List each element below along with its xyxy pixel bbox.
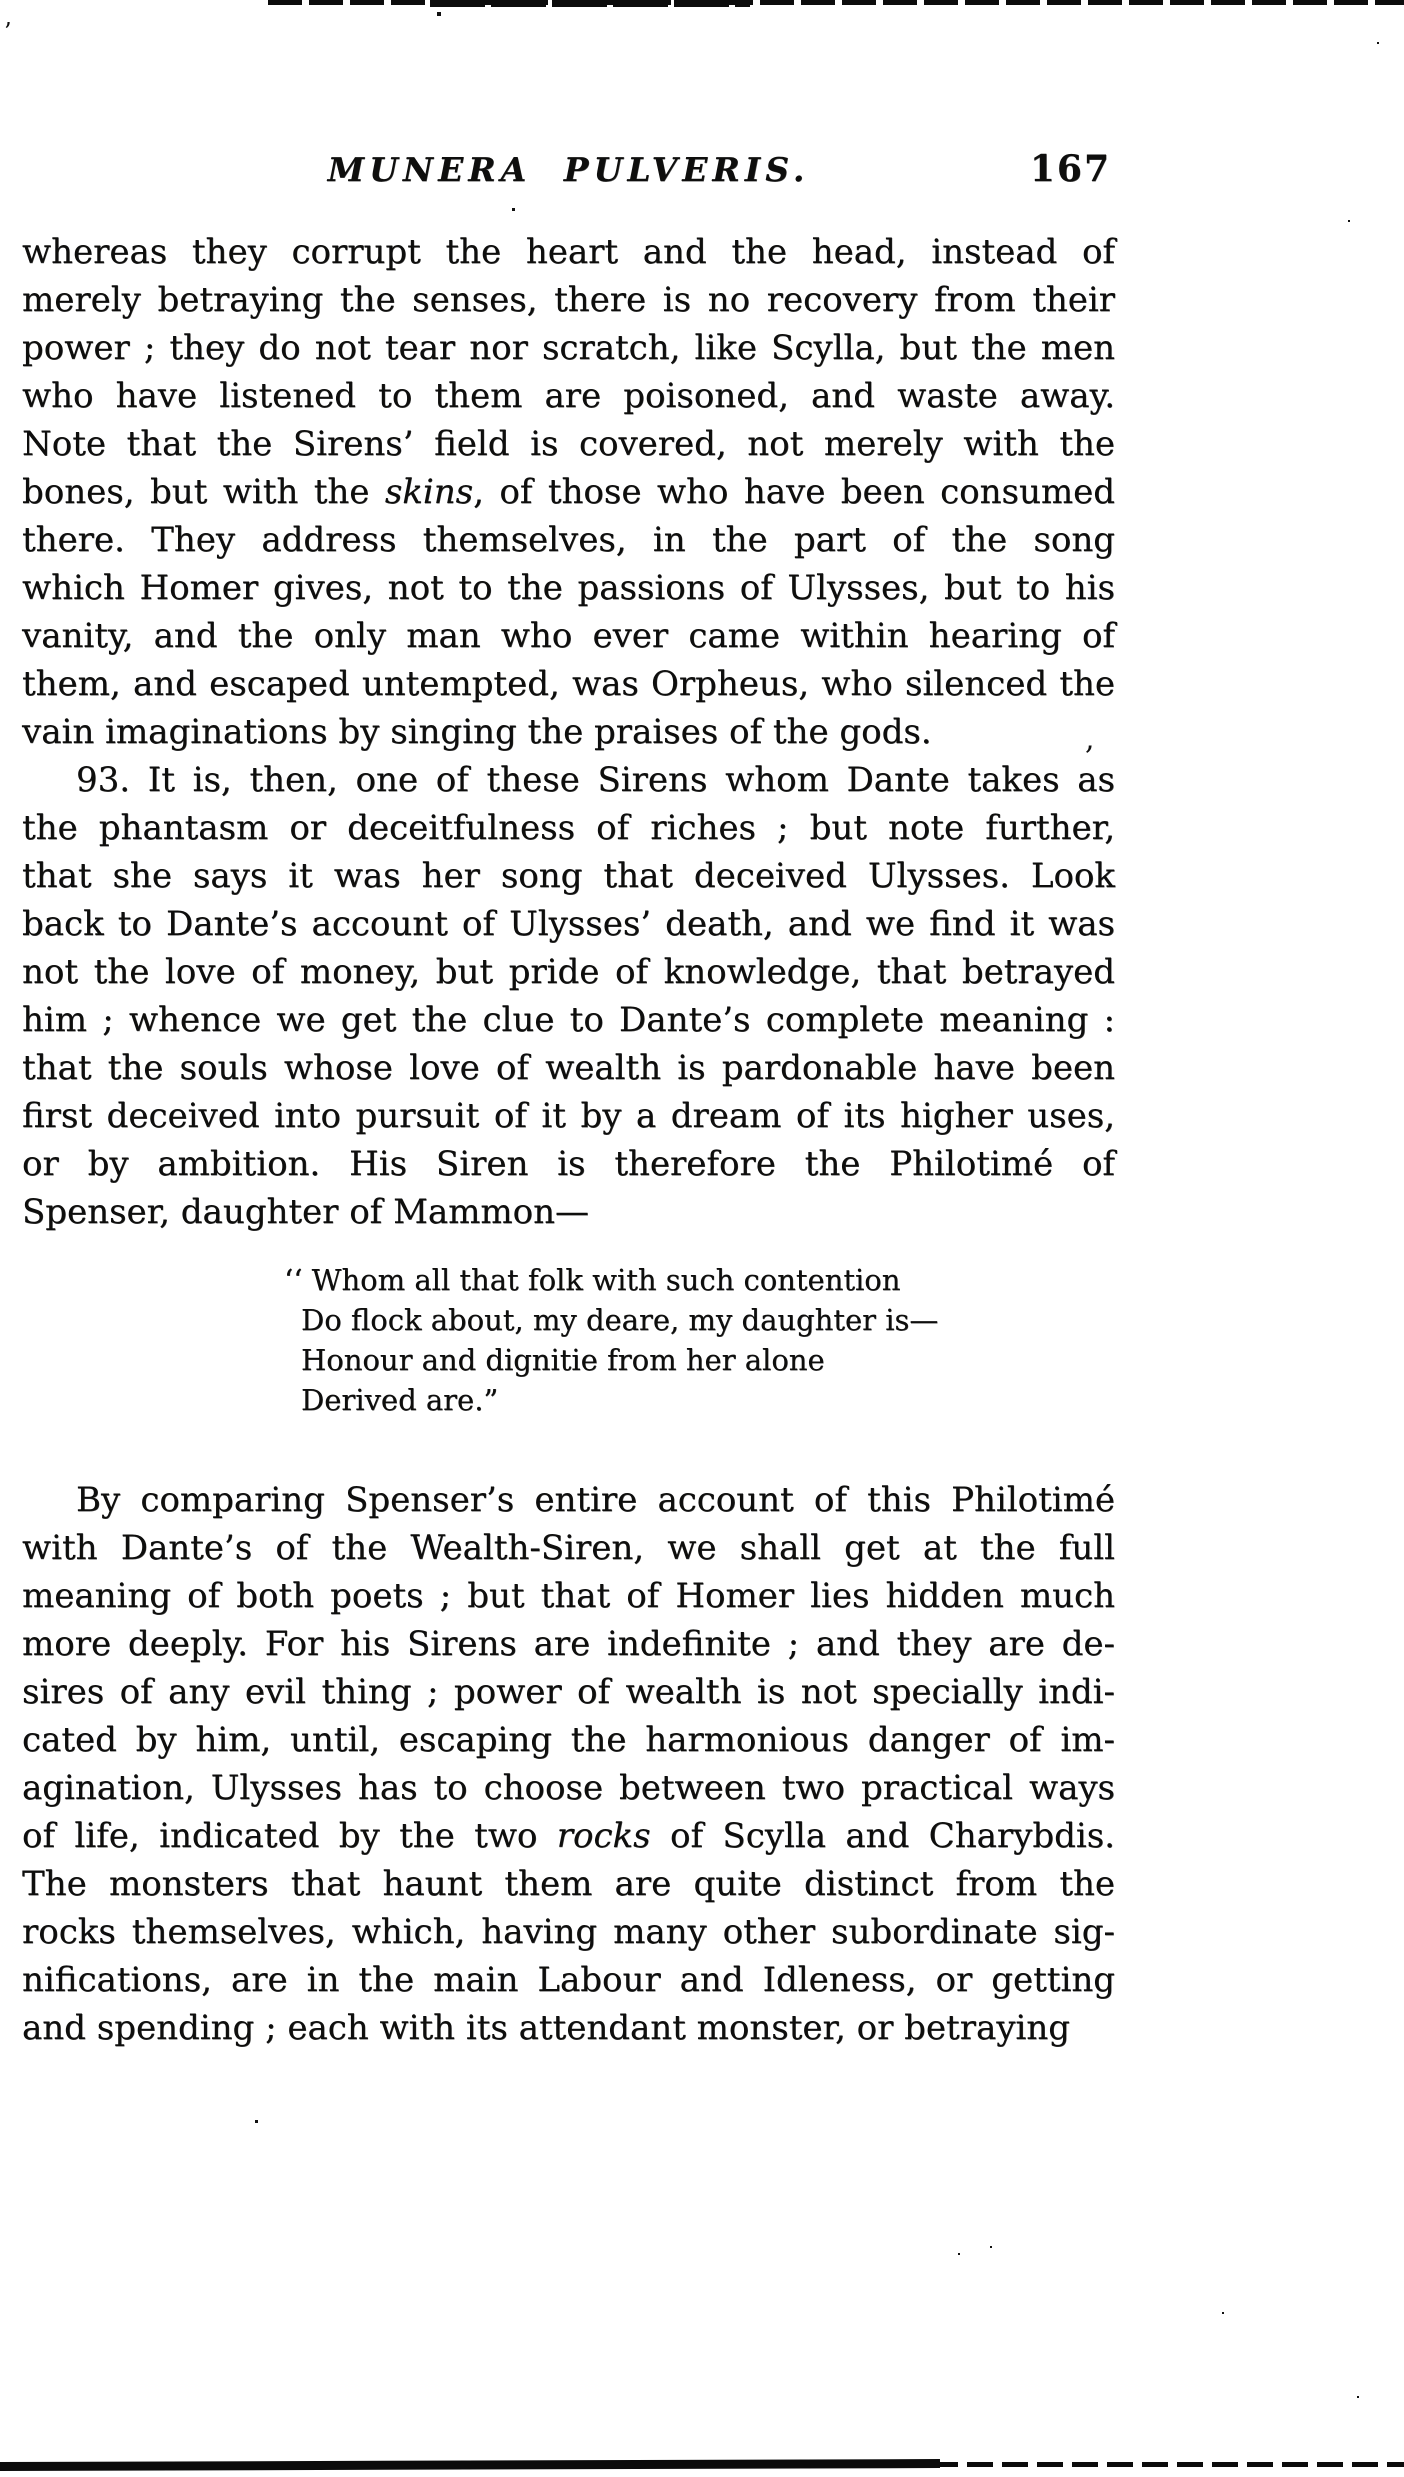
text-line: vanity, and the only man who ever came w… bbox=[22, 612, 1115, 660]
text-line: sires of any evil thing ; power of wealt… bbox=[22, 1668, 1115, 1716]
italic-word: skins bbox=[385, 472, 473, 512]
paragraph-2: 93. It is, then, one of these Sirens who… bbox=[22, 756, 1115, 1236]
scan-speck bbox=[255, 2120, 258, 2123]
text-line: nifications, are in the main Labour and … bbox=[22, 1956, 1115, 2004]
scan-speck bbox=[958, 2253, 960, 2255]
bottom-scan-rule bbox=[0, 2458, 1404, 2474]
text-segment: of Scylla and Charybdis. bbox=[651, 1816, 1115, 1856]
verse-line: Derived are.” bbox=[284, 1380, 1115, 1420]
page-number: 167 bbox=[1030, 148, 1111, 190]
verse-line: Honour and dignitie from her alone bbox=[284, 1340, 1115, 1380]
stray-quote-mark: ’ bbox=[4, 18, 12, 46]
text-line: By comparing Spenser’s entire account of… bbox=[22, 1476, 1115, 1524]
text-line: meaning of both poets ; but that of Home… bbox=[22, 1572, 1115, 1620]
text-line: whereas they corrupt the heart and the h… bbox=[22, 228, 1115, 276]
text-line: not the love of money, but pride of know… bbox=[22, 948, 1115, 996]
text-line: cated by him, until, escaping the harmon… bbox=[22, 1716, 1115, 1764]
text-line: of life, indicated by the two rocks of S… bbox=[22, 1812, 1115, 1860]
book-page: MUNERA PULVERIS. 167 whereas they corrup… bbox=[0, 0, 1404, 2477]
text-segment: bones, but with the bbox=[22, 472, 385, 512]
scan-speck bbox=[1357, 2396, 1359, 2398]
running-header: MUNERA PULVERIS. 167 bbox=[22, 150, 1115, 202]
text-line: Note that the Sirens’ field is covered, … bbox=[22, 420, 1115, 468]
bottom-rule-solid bbox=[0, 2459, 940, 2471]
text-line: that she says it was her song that decei… bbox=[22, 852, 1115, 900]
text-block: whereas they corrupt the heart and the h… bbox=[22, 228, 1115, 2052]
paragraph-3: By comparing Spenser’s entire account of… bbox=[22, 1476, 1115, 2052]
text-line: which Homer gives, not to the passions o… bbox=[22, 564, 1115, 612]
text-line: him ; whence we get the clue to Dante’s … bbox=[22, 996, 1115, 1044]
verse-line: ‘‘ Whom all that folk with such contenti… bbox=[284, 1260, 1115, 1300]
text-line: power ; they do not tear nor scratch, li… bbox=[22, 324, 1115, 372]
text-segment: of life, indicated by the two bbox=[22, 1816, 557, 1856]
paragraph-1: whereas they corrupt the heart and the h… bbox=[22, 228, 1115, 756]
text-line: The monsters that haunt them are quite d… bbox=[22, 1860, 1115, 1908]
text-line: there. They address themselves, in the p… bbox=[22, 516, 1115, 564]
text-line: bones, but with the skins, of those who … bbox=[22, 468, 1115, 516]
scan-speck bbox=[1348, 220, 1350, 222]
text-line: the phantasm or deceitfulness of riches … bbox=[22, 804, 1115, 852]
verse-line: Do flock about, my deare, my daughter is… bbox=[284, 1300, 1115, 1340]
text-line: that the souls whose love of wealth is p… bbox=[22, 1044, 1115, 1092]
text-line: with Dante’s of the Wealth-Siren, we sha… bbox=[22, 1524, 1115, 1572]
text-line: or by ambition. His Siren is therefore t… bbox=[22, 1140, 1115, 1188]
verse-quotation: ‘‘ Whom all that folk with such contenti… bbox=[22, 1260, 1115, 1420]
text-line: vain imaginations by singing the praises… bbox=[22, 708, 1115, 756]
text-line: them, and escaped untempted, was Orpheus… bbox=[22, 660, 1115, 708]
text-segment: , of those who have been consumed bbox=[473, 472, 1115, 512]
scan-speck bbox=[1377, 42, 1379, 44]
text-line: who have listened to them are poisoned, … bbox=[22, 372, 1115, 420]
scan-speck bbox=[437, 12, 441, 16]
scan-speck bbox=[512, 208, 515, 211]
text-line: Spenser, daughter of Mammon— bbox=[22, 1188, 1115, 1236]
text-line: merely betraying the senses, there is no… bbox=[22, 276, 1115, 324]
page-header-title: MUNERA PULVERIS. bbox=[22, 150, 1115, 189]
italic-word: rocks bbox=[557, 1816, 651, 1856]
text-line: agination, Ulysses has to choose between… bbox=[22, 1764, 1115, 1812]
text-line: first deceived into pursuit of it by a d… bbox=[22, 1092, 1115, 1140]
text-line: 93. It is, then, one of these Sirens who… bbox=[22, 756, 1115, 804]
stray-comma-mark: , bbox=[1085, 722, 1095, 757]
text-line: back to Dante’s account of Ulysses’ deat… bbox=[22, 900, 1115, 948]
text-line: and spending ; each with its attendant m… bbox=[22, 2004, 1115, 2052]
scan-speck bbox=[990, 2246, 992, 2248]
bottom-rule-dashes bbox=[932, 2462, 1404, 2467]
text-line: rocks themselves, which, having many oth… bbox=[22, 1908, 1115, 1956]
top-scan-rule-heavy bbox=[430, 0, 750, 7]
scan-speck bbox=[1222, 2312, 1224, 2314]
text-line: more deeply. For his Sirens are indefini… bbox=[22, 1620, 1115, 1668]
